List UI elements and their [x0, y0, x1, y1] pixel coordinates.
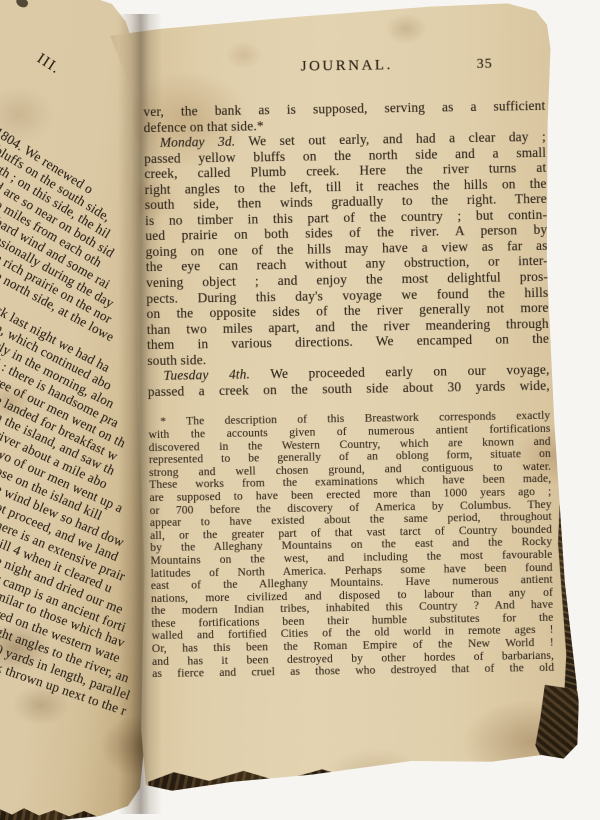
page-number: 35	[477, 57, 493, 73]
right-page: JOURNAL. 35 ver, the bank as is supposed…	[100, 2, 590, 803]
left-page: III. 1804. We renewed obluffs on the sou…	[0, 0, 156, 820]
right-page-content: JOURNAL. 35 ver, the bank as is supposed…	[143, 55, 555, 681]
left-page-paragraph-2: ck last night we had han, which continue…	[0, 0, 156, 820]
body-text: ver, the bank as is supposed, serving as…	[143, 98, 550, 400]
running-head-title: JOURNAL.	[301, 57, 393, 75]
footnote-text: * The description of this Breastwork cor…	[148, 410, 554, 681]
book-photo: III. 1804. We renewed obluffs on the sou…	[0, 0, 600, 820]
